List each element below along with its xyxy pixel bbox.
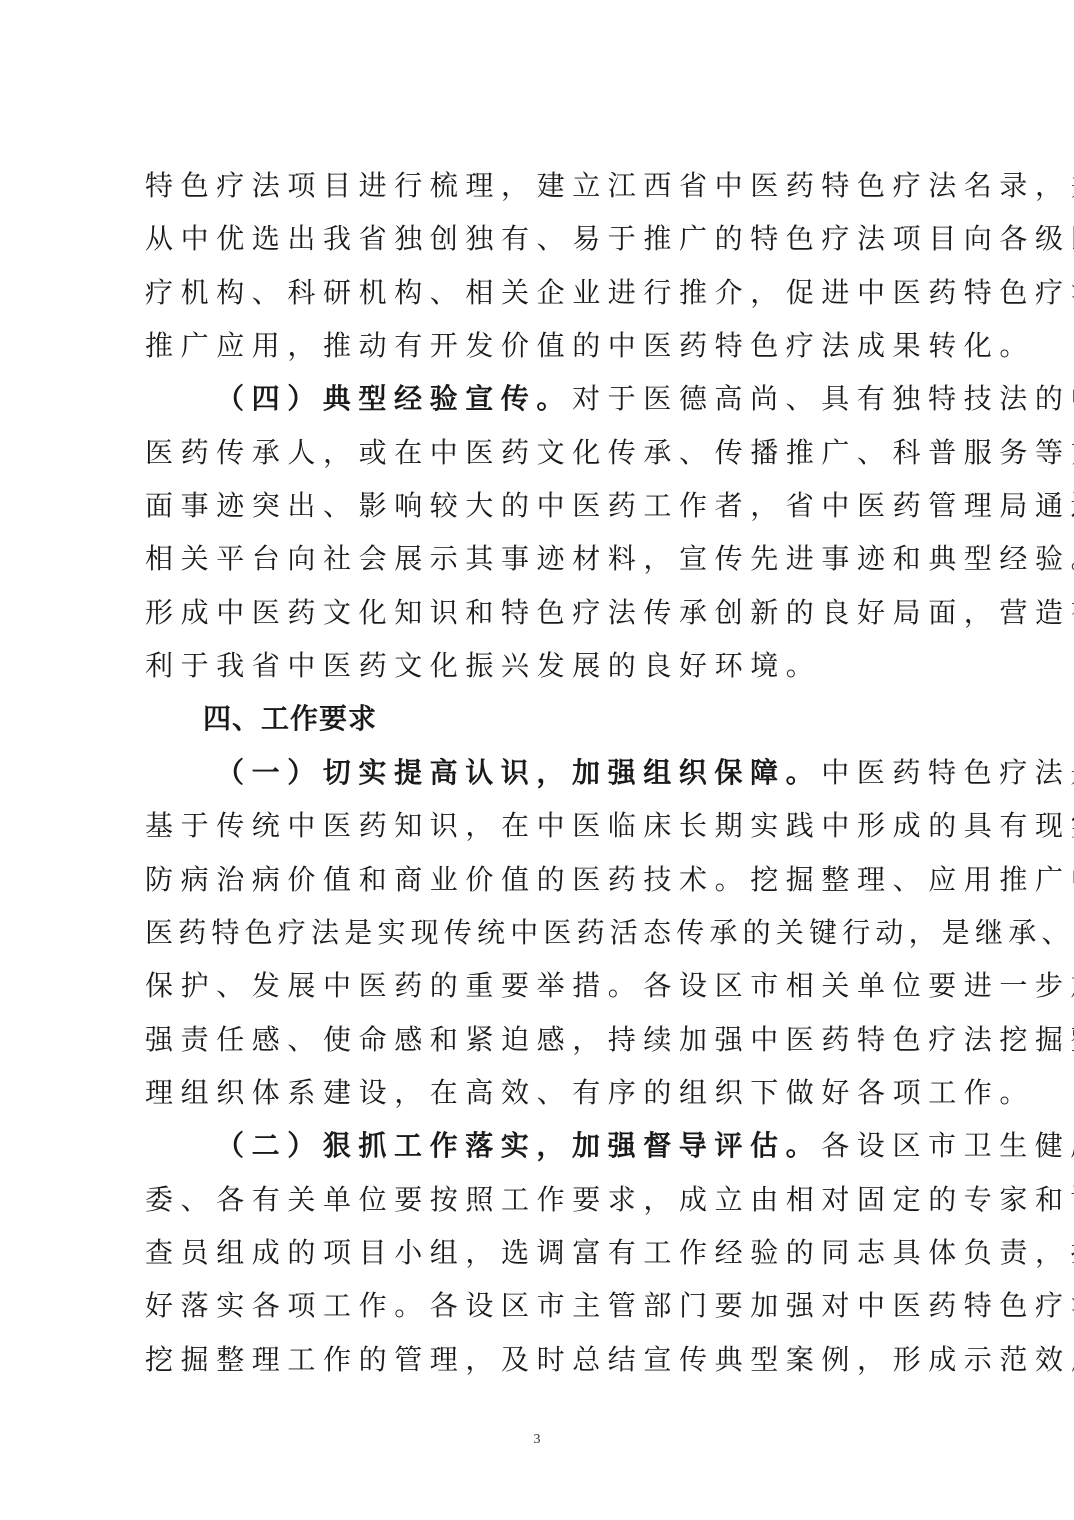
text-line: 好落实各项工作。各设区市主管部门要加强对中医药特色疗法 [145,1286,1074,1326]
text-span: 各设区市卫生健康 [821,1129,1074,1162]
text-line: 特色疗法项目进行梳理，建立江西省中医药特色疗法名录，并 [145,166,1074,206]
text-line: 形成中医药文化知识和特色疗法传承创新的良好局面，营造有 [145,593,1074,633]
paragraph-first-line: （四）典型经验宣传。对于医德高尚、具有独特技法的中 [145,379,1074,419]
text-line: 强责任感、使命感和紧迫感，持续加强中医药特色疗法挖掘整 [145,1020,1074,1060]
text-line: 推广应用，推动有开发价值的中医药特色疗法成果转化。 [145,326,1035,366]
text-line: 挖掘整理工作的管理，及时总结宣传典型案例，形成示范效应， [145,1340,1074,1380]
text-span: 中医药特色疗法是 [821,756,1074,789]
text-line: 保护、发展中医药的重要举措。各设区市相关单位要进一步加 [145,966,1074,1006]
paragraph-lead: （一）切实提高认识，加强组织保障。 [216,756,821,789]
text-line: 疗机构、科研机构、相关企业进行推介，促进中医药特色疗法 [145,273,1074,313]
text-line: 理组织体系建设，在高效、有序的组织下做好各项工作。 [145,1073,1035,1113]
text-line: 面事迹突出、影响较大的中医药工作者，省中医药管理局通过 [145,486,1074,526]
page-number: 3 [0,1432,1074,1448]
text-line: 委、各有关单位要按照工作要求，成立由相对固定的专家和调 [145,1180,1074,1220]
text-line: 查员组成的项目小组，选调富有工作经验的同志具体负责，抓 [145,1233,1074,1273]
paragraph-first-line: （一）切实提高认识，加强组织保障。中医药特色疗法是 [145,753,1074,793]
text-line: 利于我省中医药文化振兴发展的良好环境。 [145,646,821,686]
text-line: 医药传承人，或在中医药文化传承、传播推广、科普服务等方 [145,433,1074,473]
text-line: 相关平台向社会展示其事迹材料，宣传先进事迹和典型经验。 [145,539,1074,579]
text-line: 基于传统中医药知识，在中医临床长期实践中形成的具有现实 [145,806,1074,846]
text-line: 医药特色疗法是实现传统中医药活态传承的关键行动，是继承、 [145,913,1074,953]
text-span: 对于医德高尚、具有独特技法的中 [572,382,1074,415]
text-line: 防病治病价值和商业价值的医药技术。挖掘整理、应用推广中 [145,860,1074,900]
section-heading: 四、工作要求 [145,699,377,739]
paragraph-first-line: （二）狠抓工作落实，加强督导评估。各设区市卫生健康 [145,1126,1074,1166]
paragraph-lead: （四）典型经验宣传。 [216,382,572,415]
paragraph-lead: （二）狠抓工作落实，加强督导评估。 [216,1129,821,1162]
text-line: 从中优选出我省独创独有、易于推广的特色疗法项目向各级医 [145,219,1074,259]
